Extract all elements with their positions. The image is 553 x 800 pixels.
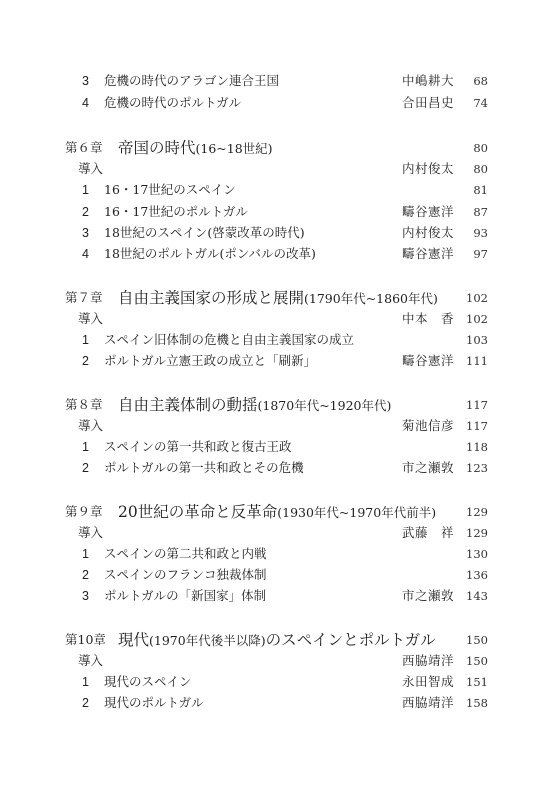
- toc-section-row[interactable]: 3 ポルトガルの「新国家」体制 市之瀬敦 143: [0, 586, 553, 606]
- chapter-label: 第８章: [65, 393, 103, 417]
- section-author: 市之瀬敦: [402, 586, 454, 606]
- section-author: 疇谷憲洋: [402, 202, 454, 222]
- section-title: 16・17世紀のスペイン: [104, 180, 236, 200]
- intro-author: 武藤 祥: [402, 523, 454, 543]
- section-number: 2: [82, 202, 94, 222]
- intro-author: 菊池信彦: [402, 416, 454, 436]
- section-number: 4: [82, 244, 94, 264]
- intro-label: 導入: [78, 309, 103, 329]
- section-title: 16・17世紀のポルトガル: [104, 202, 248, 222]
- section-author: 疇谷憲洋: [402, 244, 454, 264]
- section-author: 永田智成: [402, 672, 454, 692]
- section-page: 130: [460, 544, 488, 564]
- section-number: 2: [82, 458, 94, 478]
- section-page: 118: [460, 437, 488, 457]
- section-author: 西脇靖洋: [402, 693, 454, 713]
- section-page: 151: [460, 672, 488, 692]
- toc-section-row[interactable]: 4 危機の時代のポルトガル 合田昌史 74: [0, 93, 553, 113]
- intro-page: 102: [460, 309, 488, 329]
- chapter-title: 帝国の時代(16~18世紀): [118, 136, 273, 161]
- chapter-title: 現代(1970年代後半以降)のスペインとポルトガル: [118, 628, 436, 653]
- toc-chapter-heading[interactable]: 第９章 20世紀の革命と反革命(1930年代~1970年代前半) 129: [0, 500, 553, 524]
- section-author: 内村俊太: [402, 223, 454, 243]
- section-page: 158: [460, 693, 488, 713]
- section-title: スペインのフランコ独裁体制: [104, 565, 267, 585]
- section-page: 123: [460, 458, 488, 478]
- section-title: 現代のポルトガル: [104, 693, 204, 713]
- toc-intro-row[interactable]: 導入 菊池信彦 117: [0, 416, 553, 436]
- section-number: 2: [82, 351, 94, 371]
- toc-intro-row[interactable]: 導入 武藤 祥 129: [0, 523, 553, 543]
- toc-section-row[interactable]: 1 現代のスペイン 永田智成 151: [0, 672, 553, 692]
- section-title: スペインの第二共和政と内戦: [104, 544, 267, 564]
- toc-section-row[interactable]: 2 スペインのフランコ独裁体制 136: [0, 565, 553, 585]
- chapter-label: 第10章: [65, 628, 106, 652]
- toc-chapter-heading[interactable]: 第８章 自由主義体制の動揺(1870年代~1920年代) 117: [0, 393, 553, 417]
- chapter-title: 自由主義体制の動揺(1870年代~1920年代): [118, 393, 391, 418]
- chapter-page: 129: [458, 500, 488, 524]
- section-author: 市之瀬敦: [402, 458, 454, 478]
- intro-page: 117: [460, 416, 488, 436]
- section-author: 疇谷憲洋: [402, 351, 454, 371]
- section-page: 74: [460, 93, 488, 113]
- section-page: 81: [460, 180, 488, 200]
- section-number: 4: [82, 93, 94, 113]
- intro-page: 129: [460, 523, 488, 543]
- section-author: 中嶋耕大: [402, 71, 454, 91]
- toc-intro-row[interactable]: 導入 内村俊太 80: [0, 159, 553, 179]
- chapter-page: 80: [458, 136, 488, 160]
- chapter-label: 第９章: [65, 500, 103, 524]
- section-number: 1: [82, 437, 94, 457]
- intro-label: 導入: [78, 159, 103, 179]
- intro-author: 西脇靖洋: [402, 651, 454, 671]
- intro-label: 導入: [78, 651, 103, 671]
- chapter-page: 150: [458, 628, 488, 652]
- toc-section-row[interactable]: 1 スペインの第二共和政と内戦 130: [0, 544, 553, 564]
- section-page: 111: [460, 351, 488, 371]
- chapter-page: 102: [458, 286, 488, 310]
- section-number: 1: [82, 672, 94, 692]
- section-page: 97: [460, 244, 488, 264]
- toc-section-row[interactable]: 2 16・17世紀のポルトガル 疇谷憲洋 87: [0, 202, 553, 222]
- toc-section-row[interactable]: 1 16・17世紀のスペイン 81: [0, 180, 553, 200]
- toc-chapter-heading[interactable]: 第10章 現代(1970年代後半以降)のスペインとポルトガル 150: [0, 628, 553, 652]
- toc-section-row[interactable]: 1 スペインの第一共和政と復古王政 118: [0, 437, 553, 457]
- section-title: 危機の時代のポルトガル: [104, 93, 241, 113]
- section-page: 143: [460, 586, 488, 606]
- toc-section-row[interactable]: 3 危機の時代のアラゴン連合王国 中嶋耕大 68: [0, 71, 553, 91]
- section-page: 68: [460, 71, 488, 91]
- section-title: ポルトガルの第一共和政とその危機: [104, 458, 304, 478]
- section-author: 合田昌史: [402, 93, 454, 113]
- section-number: 2: [82, 693, 94, 713]
- section-page: 103: [460, 330, 488, 350]
- chapter-label: 第６章: [65, 136, 103, 160]
- chapter-title: 20世紀の革命と反革命(1930年代~1970年代前半): [118, 500, 436, 525]
- intro-page: 80: [460, 159, 488, 179]
- section-number: 1: [82, 330, 94, 350]
- intro-author: 中本 香: [402, 309, 454, 329]
- toc-intro-row[interactable]: 導入 西脇靖洋 150: [0, 651, 553, 671]
- intro-label: 導入: [78, 416, 103, 436]
- section-number: 1: [82, 544, 94, 564]
- toc-section-row[interactable]: 3 18世紀のスペイン(啓蒙改革の時代) 内村俊太 93: [0, 223, 553, 243]
- section-page: 93: [460, 223, 488, 243]
- section-page: 87: [460, 202, 488, 222]
- toc-section-row[interactable]: 2 現代のポルトガル 西脇靖洋 158: [0, 693, 553, 713]
- section-number: 2: [82, 565, 94, 585]
- section-title: 現代のスペイン: [104, 672, 192, 692]
- intro-label: 導入: [78, 523, 103, 543]
- toc-section-row[interactable]: 2 ポルトガル立憲王政の成立と「刷新」 疇谷憲洋 111: [0, 351, 553, 371]
- intro-page: 150: [460, 651, 488, 671]
- chapter-page: 117: [458, 393, 488, 417]
- chapter-label: 第７章: [65, 286, 103, 310]
- section-title: スペインの第一共和政と復古王政: [104, 437, 292, 457]
- toc-chapter-heading[interactable]: 第６章 帝国の時代(16~18世紀) 80: [0, 136, 553, 160]
- section-title: 18世紀のスペイン(啓蒙改革の時代): [104, 223, 305, 243]
- toc-section-row[interactable]: 4 18世紀のポルトガル(ポンバルの改革) 疇谷憲洋 97: [0, 244, 553, 264]
- toc-section-row[interactable]: 1 スペイン旧体制の危機と自由主義国家の成立 103: [0, 330, 553, 350]
- section-title: ポルトガルの「新国家」体制: [104, 586, 266, 606]
- toc-chapter-heading[interactable]: 第７章 自由主義国家の形成と展開(1790年代~1860年代) 102: [0, 286, 553, 310]
- section-title: 危機の時代のアラゴン連合王国: [104, 71, 279, 91]
- chapter-title: 自由主義国家の形成と展開(1790年代~1860年代): [118, 286, 438, 311]
- intro-author: 内村俊太: [402, 159, 454, 179]
- section-number: 3: [82, 223, 94, 243]
- section-number: 3: [82, 71, 94, 91]
- toc-section-row[interactable]: 2 ポルトガルの第一共和政とその危機 市之瀬敦 123: [0, 458, 553, 478]
- section-page: 136: [460, 565, 488, 585]
- section-number: 1: [82, 180, 94, 200]
- section-title: スペイン旧体制の危機と自由主義国家の成立: [104, 330, 354, 350]
- section-number: 3: [82, 586, 94, 606]
- section-title: 18世紀のポルトガル(ポンバルの改革): [104, 244, 316, 264]
- toc-intro-row[interactable]: 導入 中本 香 102: [0, 309, 553, 329]
- section-title: ポルトガル立憲王政の成立と「刷新」: [104, 351, 316, 371]
